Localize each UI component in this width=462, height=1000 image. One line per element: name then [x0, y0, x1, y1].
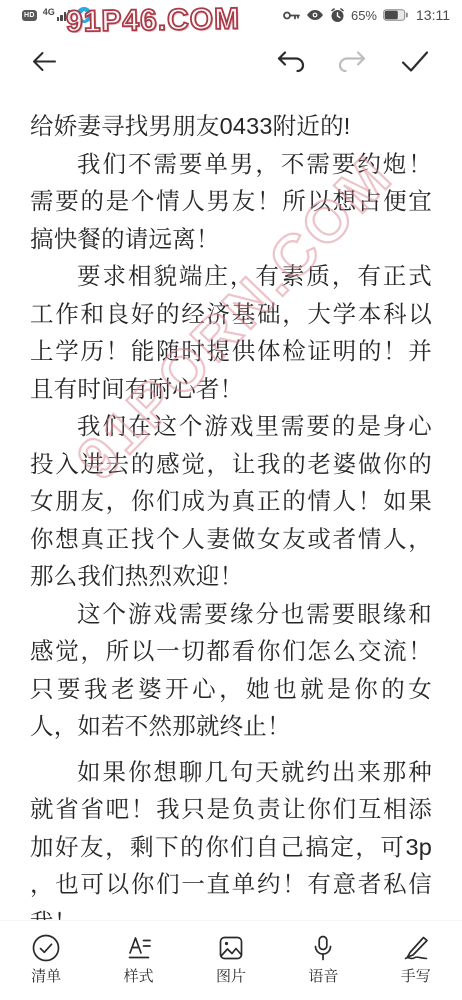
checklist-icon: [30, 932, 62, 964]
key-icon: [283, 9, 300, 22]
undo-icon: [276, 50, 306, 72]
note-paragraph[interactable]: 我们在这个游戏里需要的是身心投入进去的感觉，让我的老婆做你的女朋友，你们成为真正…: [30, 408, 432, 596]
status-left-cluster: HD 4G: [22, 7, 92, 23]
toolbar-item-label: 样式: [124, 969, 154, 984]
battery-percent-label: 65%: [351, 8, 377, 23]
note-paragraph[interactable]: 这个游戏需要缘分也需要眼缘和感觉，所以一切都看你们怎么交流！只要我老婆开心，她也…: [30, 596, 432, 746]
note-paragraph[interactable]: 我们不需要单男，不需要约炮！需要的是个情人男友！所以想占便宜搞快餐的请远离！: [30, 146, 432, 259]
image-icon: [215, 932, 247, 964]
note-paragraph[interactable]: 如果你想聊几句天就约出来那种就省省吧！我只是负责让你们互相添加好友，剩下的你们自…: [30, 754, 432, 942]
toolbar-item-checklist[interactable]: 清单: [30, 932, 62, 984]
toolbar-item-style[interactable]: 样式: [123, 932, 155, 984]
network-type-label: 4G: [43, 8, 55, 17]
status-bar: HD 4G 65%: [0, 0, 462, 30]
toolbar-item-label: 手写: [401, 969, 431, 984]
style-icon: [123, 932, 155, 964]
bottom-toolbar: 清单 样式 图片 语音: [0, 920, 462, 1000]
check-icon: [400, 49, 430, 73]
toolbar-item-voice[interactable]: 语音: [307, 932, 339, 984]
redo-button[interactable]: [337, 50, 367, 75]
hd-badge: HD: [22, 10, 37, 21]
toolbar-item-label: 图片: [216, 969, 246, 984]
done-button[interactable]: [400, 49, 430, 76]
app-notification-icon: [76, 7, 92, 23]
toolbar-item-handwriting[interactable]: 手写: [400, 932, 432, 984]
toolbar-item-label: 清单: [31, 969, 61, 984]
toolbar-item-label: 语音: [308, 969, 338, 984]
eye-icon: [306, 9, 324, 21]
voice-icon: [307, 932, 339, 964]
alarm-icon: [330, 8, 345, 23]
note-body[interactable]: 给娇妻寻找男朋友0433附近的! 我们不需要单男，不需要约炮！需要的是个情人男友…: [0, 95, 462, 941]
note-editor-screen: HD 4G 65%: [0, 0, 462, 1000]
status-right-cluster: 65% 13:11: [283, 7, 450, 23]
note-title[interactable]: 给娇妻寻找男朋友0433附近的!: [30, 108, 432, 146]
redo-icon: [337, 50, 367, 72]
back-arrow-icon: [30, 47, 58, 75]
back-button[interactable]: [30, 47, 58, 78]
editor-toolbar: [0, 30, 462, 95]
battery-icon: [383, 9, 408, 21]
undo-button[interactable]: [276, 50, 306, 75]
clock-label: 13:11: [416, 7, 450, 23]
handwriting-icon: [400, 932, 432, 964]
note-paragraph[interactable]: 要求相貌端庄，有素质，有正式工作和良好的经济基础，大学本科以上学历！能随时提供体…: [30, 258, 432, 408]
toolbar-item-image[interactable]: 图片: [215, 932, 247, 984]
signal-bars-icon: 4G: [43, 10, 70, 21]
